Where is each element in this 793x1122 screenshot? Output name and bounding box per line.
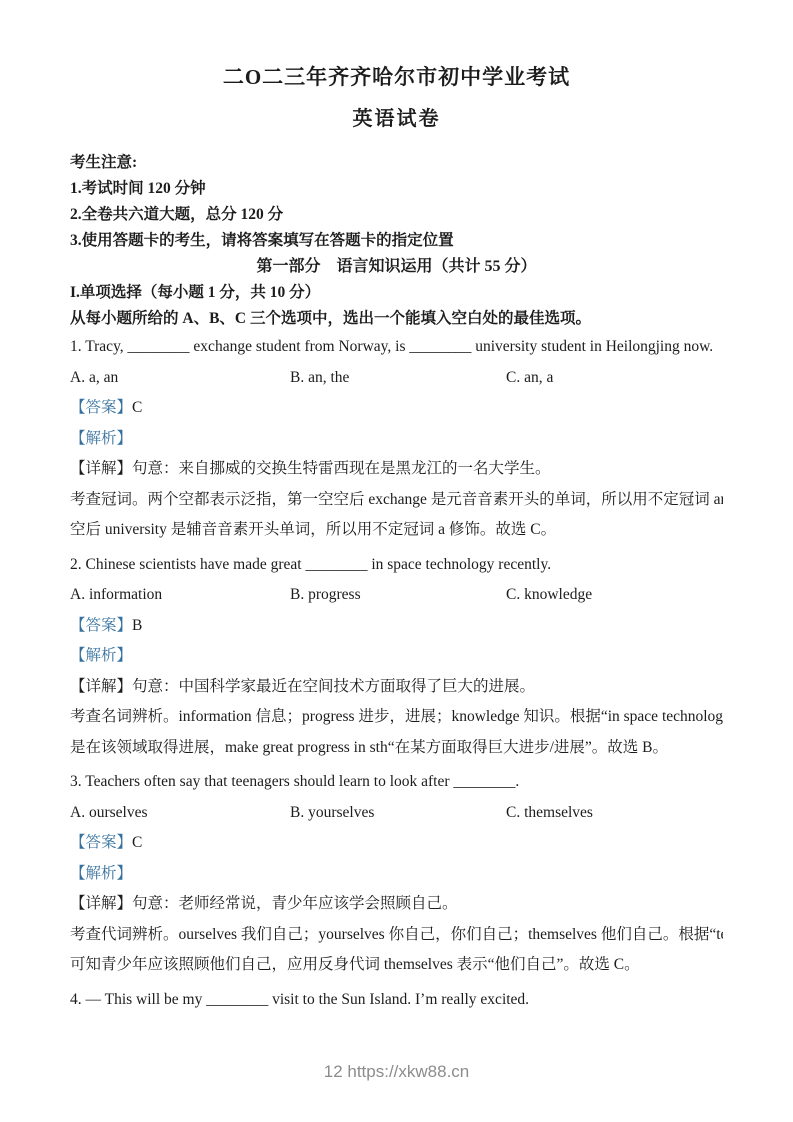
option-b: B. yourselves: [290, 798, 506, 829]
page-title: 二O二三年齐齐哈尔市初中学业考试: [70, 62, 723, 92]
candidate-notice: 考生注意: 1.考试时间 120 分钟 2.全卷共六道大题，总分 120 分 3…: [70, 150, 723, 332]
analysis-row: 【解析】: [70, 424, 723, 455]
analysis-label: 【解析】: [70, 647, 132, 664]
option-c: C. themselves: [506, 798, 723, 829]
page-footer: 12 https://xkw88.cn: [0, 1062, 793, 1082]
notice-item: 2.全卷共六道大题，总分 120 分: [70, 202, 723, 228]
explanation-line: 是在该领域取得进展，make great progress in sth“在某方…: [70, 733, 723, 764]
option-a: A. a, an: [70, 363, 290, 394]
explanation-line: 【详解】句意：中国科学家最近在空间技术方面取得了巨大的进展。: [70, 672, 723, 703]
question-stem: 1. Tracy, ________ exchange student from…: [70, 332, 723, 363]
explanation-line: 空后 university 是辅音音素开头单词，所以用不定冠词 a 修饰。故选 …: [70, 515, 723, 546]
page-subtitle: 英语试卷: [70, 104, 723, 134]
explanation-line: 考查冠词。两个空都表示泛指，第一空空后 exchange 是元音音素开头的单词，…: [70, 485, 723, 516]
explanation-line: 【详解】句意：来自挪威的交换生特雷西现在是黑龙江的一名大学生。: [70, 454, 723, 485]
subpart-header: I.单项选择（每小题 1 分，共 10 分）: [70, 280, 723, 306]
answer-value: C: [132, 834, 142, 851]
question-stem: 2. Chinese scientists have made great __…: [70, 550, 723, 581]
option-b: B. progress: [290, 580, 506, 611]
option-b: B. an, the: [290, 363, 506, 394]
option-c: C. an, a: [506, 363, 723, 394]
question-stem: 4. — This will be my ________ visit to t…: [70, 985, 723, 1016]
question-stem: 3. Teachers often say that teenagers sho…: [70, 767, 723, 798]
answer-value: B: [132, 617, 142, 634]
option-row: A. a, an B. an, the C. an, a: [70, 363, 723, 394]
answer-row: 【答案】C: [70, 393, 723, 424]
answer-value: C: [132, 399, 142, 416]
answer-label: 【答案】: [70, 399, 132, 416]
notice-item: 1.考试时间 120 分钟: [70, 176, 723, 202]
exam-paper-page: 二O二三年齐齐哈尔市初中学业考试 英语试卷 考生注意: 1.考试时间 120 分…: [0, 0, 793, 1122]
analysis-label: 【解析】: [70, 430, 132, 447]
explanation-line: 考查代词辨析。ourselves 我们自己；yourselves 你自己，你们自…: [70, 920, 723, 951]
analysis-label: 【解析】: [70, 865, 132, 882]
notice-item: 3.使用答题卡的考生，请将答案填写在答题卡的指定位置: [70, 228, 723, 254]
analysis-row: 【解析】: [70, 641, 723, 672]
questions-area: 1. Tracy, ________ exchange student from…: [70, 332, 723, 1015]
option-row: A. information B. progress C. knowledge: [70, 580, 723, 611]
answer-row: 【答案】B: [70, 611, 723, 642]
option-a: A. ourselves: [70, 798, 290, 829]
part-header: 第一部分 语言知识运用（共计 55 分）: [70, 254, 723, 280]
option-row: A. ourselves B. yourselves C. themselves: [70, 798, 723, 829]
answer-row: 【答案】C: [70, 828, 723, 859]
explanation-line: 考查名词辨析。information 信息；progress 进步，进展；kno…: [70, 702, 723, 733]
analysis-row: 【解析】: [70, 859, 723, 890]
explanation-line: 【详解】句意：老师经常说，青少年应该学会照顾自己。: [70, 889, 723, 920]
notice-heading: 考生注意:: [70, 150, 723, 176]
option-a: A. information: [70, 580, 290, 611]
option-c: C. knowledge: [506, 580, 723, 611]
explanation-line: 可知青少年应该照顾他们自己，应用反身代词 themselves 表示“他们自己”…: [70, 950, 723, 981]
section-instruction: 从每小题所给的 A、B、C 三个选项中，选出一个能填入空白处的最佳选项。: [70, 306, 723, 332]
answer-label: 【答案】: [70, 834, 132, 851]
answer-label: 【答案】: [70, 617, 132, 634]
